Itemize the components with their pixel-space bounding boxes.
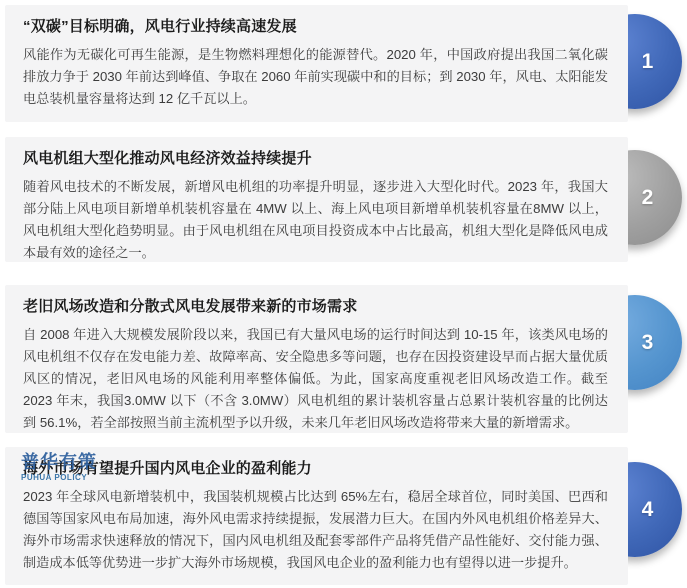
step-number-3: 3 [642, 331, 654, 355]
section-heading: 老旧风场改造和分散式风电发展带来新的市场需求 [23, 297, 608, 317]
section-heading: 海外市场有望提升国内风电企业的盈利能力 [23, 459, 608, 479]
section-body: 随着风电技术的不断发展，新增风电机组的功率提升明显，逐步进入大型化时代。2023… [23, 176, 608, 264]
section-body: 2023 年全球风电新增装机中，我国装机规模占比达到 65%左右，稳居全球首位，… [23, 486, 608, 574]
section-card-old-windfarm-retrofit: 老旧风场改造和分散式风电发展带来新的市场需求 自 2008 年进入大规模发展阶段… [5, 285, 628, 433]
section-card-turbine-upsizing: 风电机组大型化推动风电经济效益持续提升 随着风电技术的不断发展，新增风电机组的功… [5, 137, 628, 262]
step-number-1: 1 [642, 50, 654, 74]
step-number-2: 2 [642, 186, 654, 210]
section-body: 风能作为无碳化可再生能源，是生物燃料理想化的能源替代。2020 年，中国政府提出… [23, 44, 608, 110]
step-number-4: 4 [642, 498, 654, 522]
section-card-overseas-market: 普华有策 PUHUA POLICY 海外市场有望提升国内风电企业的盈利能力 20… [5, 447, 628, 585]
section-card-dual-carbon: “双碳”目标明确，风电行业持续高速发展 风能作为无碳化可再生能源，是生物燃料理想… [5, 5, 628, 122]
section-heading: 风电机组大型化推动风电经济效益持续提升 [23, 149, 608, 169]
section-heading: “双碳”目标明确，风电行业持续高速发展 [23, 17, 608, 37]
section-body: 自 2008 年进入大规模发展阶段以来，我国已有大量风电场的运行时间达到 10-… [23, 324, 608, 434]
